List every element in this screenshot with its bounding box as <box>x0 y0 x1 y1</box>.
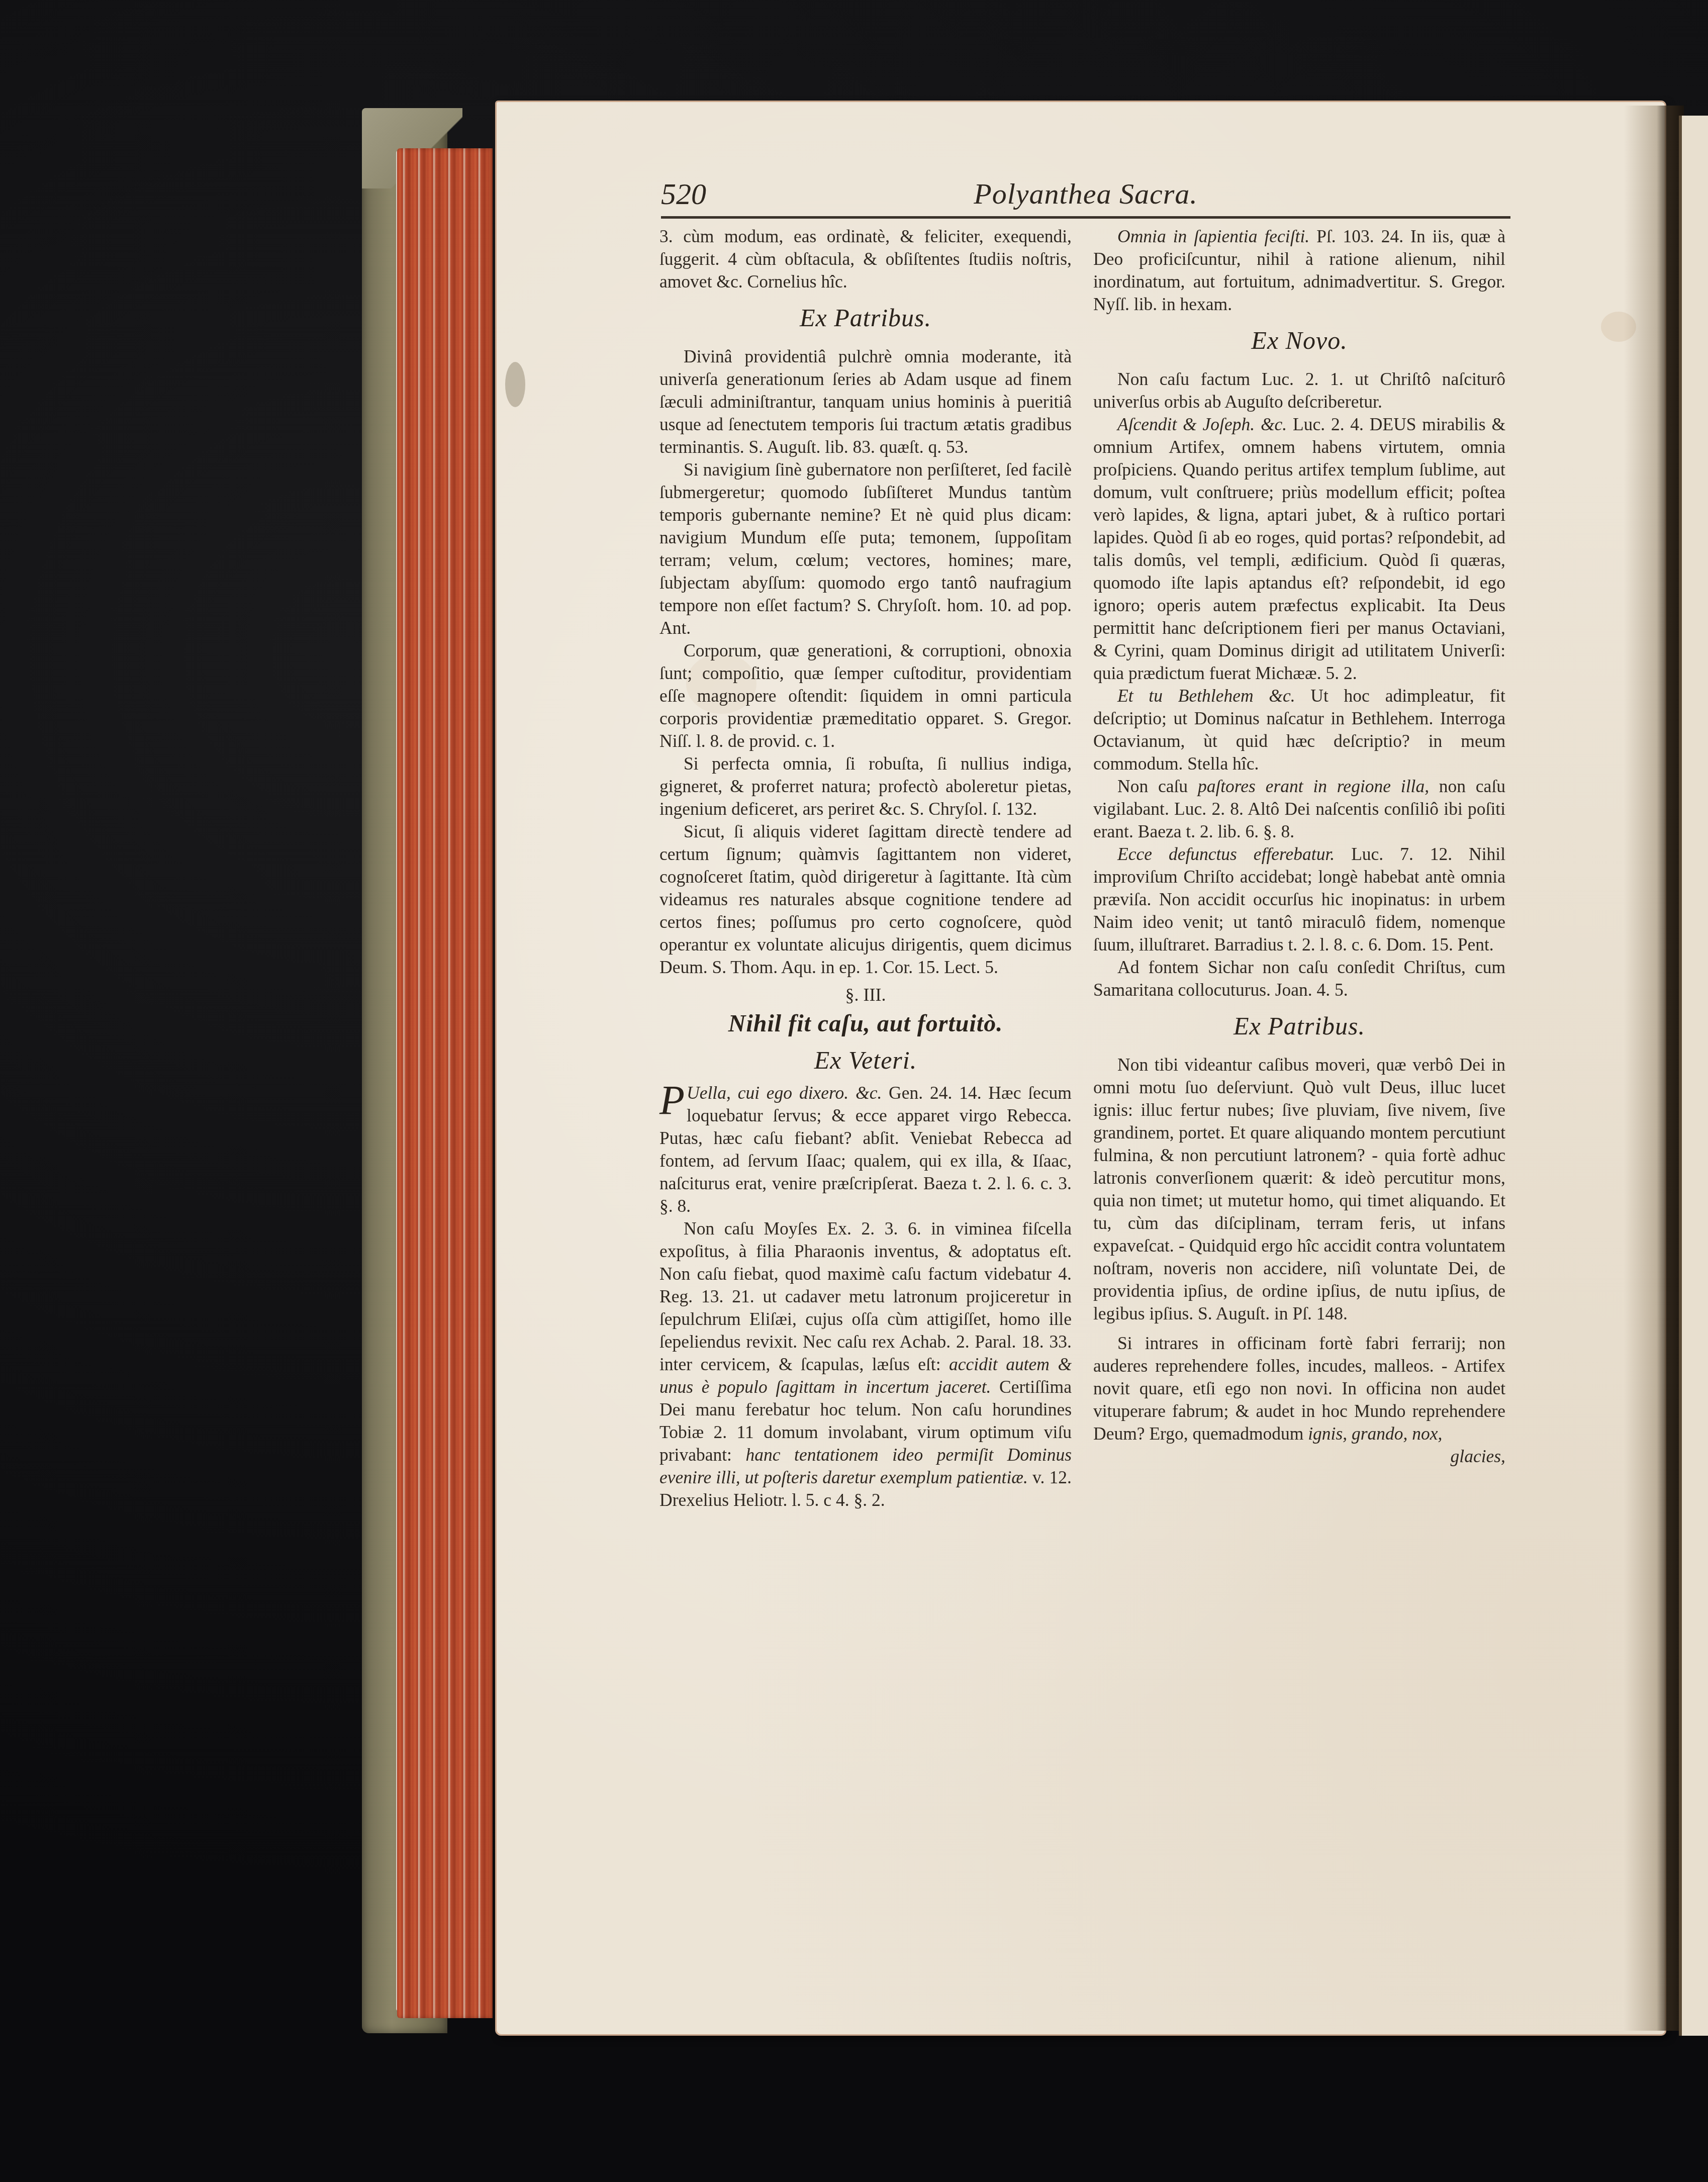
paragraph: Si navigium ſinè gubernatore non perſiſt… <box>659 458 1072 639</box>
paragraph: Omnia in ſapientia feciſti. Pſ. 103. 24.… <box>1093 225 1505 316</box>
scripture-quote: Et tu Bethlehem &c. <box>1117 686 1295 706</box>
scripture-quote: Aſcendit & Joſeph. &c. <box>1117 414 1287 434</box>
text-run: Non caſu Moyſes Ex. 2. 3. 6. in viminea … <box>659 1218 1072 1374</box>
paragraph: Ecce defunctus efferebatur. Luc. 7. 12. … <box>1093 843 1505 956</box>
paragraph: Non caſu factum Luc. 2. 1. ut Chriſtô na… <box>1093 368 1505 413</box>
scripture-reference: Gen. 24. 14. <box>882 1083 981 1103</box>
section-title: Nihil fit caſu, aut fortuitò. <box>659 1008 1072 1039</box>
paragraph: 3. cùm modum, eas ordinatè, & feliciter,… <box>659 225 1072 293</box>
paragraph: Non tibi videantur caſibus moveri, quæ v… <box>1093 1054 1505 1325</box>
scripture-quote: Ecce defunctus efferebatur. <box>1117 844 1335 864</box>
paragraph: Si perfecta omnia, ſi robuſta, ſi nulliu… <box>659 752 1072 820</box>
page-header: 520 Polyanthea Sacra. <box>661 181 1510 219</box>
text-run: Non caſu <box>1117 776 1198 796</box>
section-heading-ex-patribus: Ex Patribus. <box>659 302 1072 333</box>
catchword: glacies, <box>1093 1445 1505 1468</box>
facing-page-edge <box>1679 116 1708 2036</box>
paragraph: Ad fontem Sichar non caſu conſedit Chriſ… <box>1093 956 1505 1001</box>
scripture-quote: paſtores erant in regione illa, <box>1198 776 1429 796</box>
paragraph: Sicut, ſi aliquis videret ſagittam direc… <box>659 820 1072 979</box>
paragraph: Et tu Bethlehem &c. Ut hoc adimpleatur, … <box>1093 685 1505 775</box>
paragraph: Corporum, quæ generationi, & corruptioni… <box>659 639 1072 752</box>
section-number: §. III. <box>659 984 1072 1006</box>
running-title: Polyanthea Sacra. <box>661 177 1510 211</box>
section-heading-ex-patribus: Ex Patribus. <box>1093 1010 1505 1041</box>
paragraph: Si intrares in officinam fortè fabri fer… <box>1093 1332 1505 1445</box>
red-page-edges <box>397 148 493 2018</box>
text-run: Luc. 2. 4. DEUS mirabilis & omnium Artif… <box>1093 414 1505 683</box>
left-column: 3. cùm modum, eas ordinatè, & feliciter,… <box>659 225 1072 1511</box>
paragraph: Aſcendit & Joſeph. &c. Luc. 2. 4. DEUS m… <box>1093 413 1505 685</box>
gutter-shadow <box>1624 106 1684 2031</box>
text-run: Si intrares in officinam fortè fabri fer… <box>1093 1333 1505 1444</box>
paragraph: Divinâ providentiâ pulchrè omnia moderan… <box>659 345 1072 458</box>
paragraph: Non caſu paſtores erant in regione illa,… <box>1093 775 1505 843</box>
scripture-quote: Uella, cui ego dixero. &c. <box>687 1083 882 1103</box>
section-heading-ex-novo: Ex Novo. <box>1093 325 1505 356</box>
paragraph-with-dropcap: PUella, cui ego dixero. &c. Gen. 24. 14.… <box>659 1082 1072 1217</box>
paragraph: Non caſu Moyſes Ex. 2. 3. 6. in viminea … <box>659 1217 1072 1511</box>
section-heading-ex-veteri: Ex Veteri. <box>659 1045 1072 1076</box>
scripture-quote: Omnia in ſapientia feciſti. <box>1117 226 1309 246</box>
drop-cap: P <box>659 1083 685 1118</box>
foxing-stain <box>505 362 525 407</box>
right-column: Omnia in ſapientia feciſti. Pſ. 103. 24.… <box>1093 225 1505 1468</box>
scripture-quote: ignis, grando, nox, <box>1308 1424 1442 1444</box>
